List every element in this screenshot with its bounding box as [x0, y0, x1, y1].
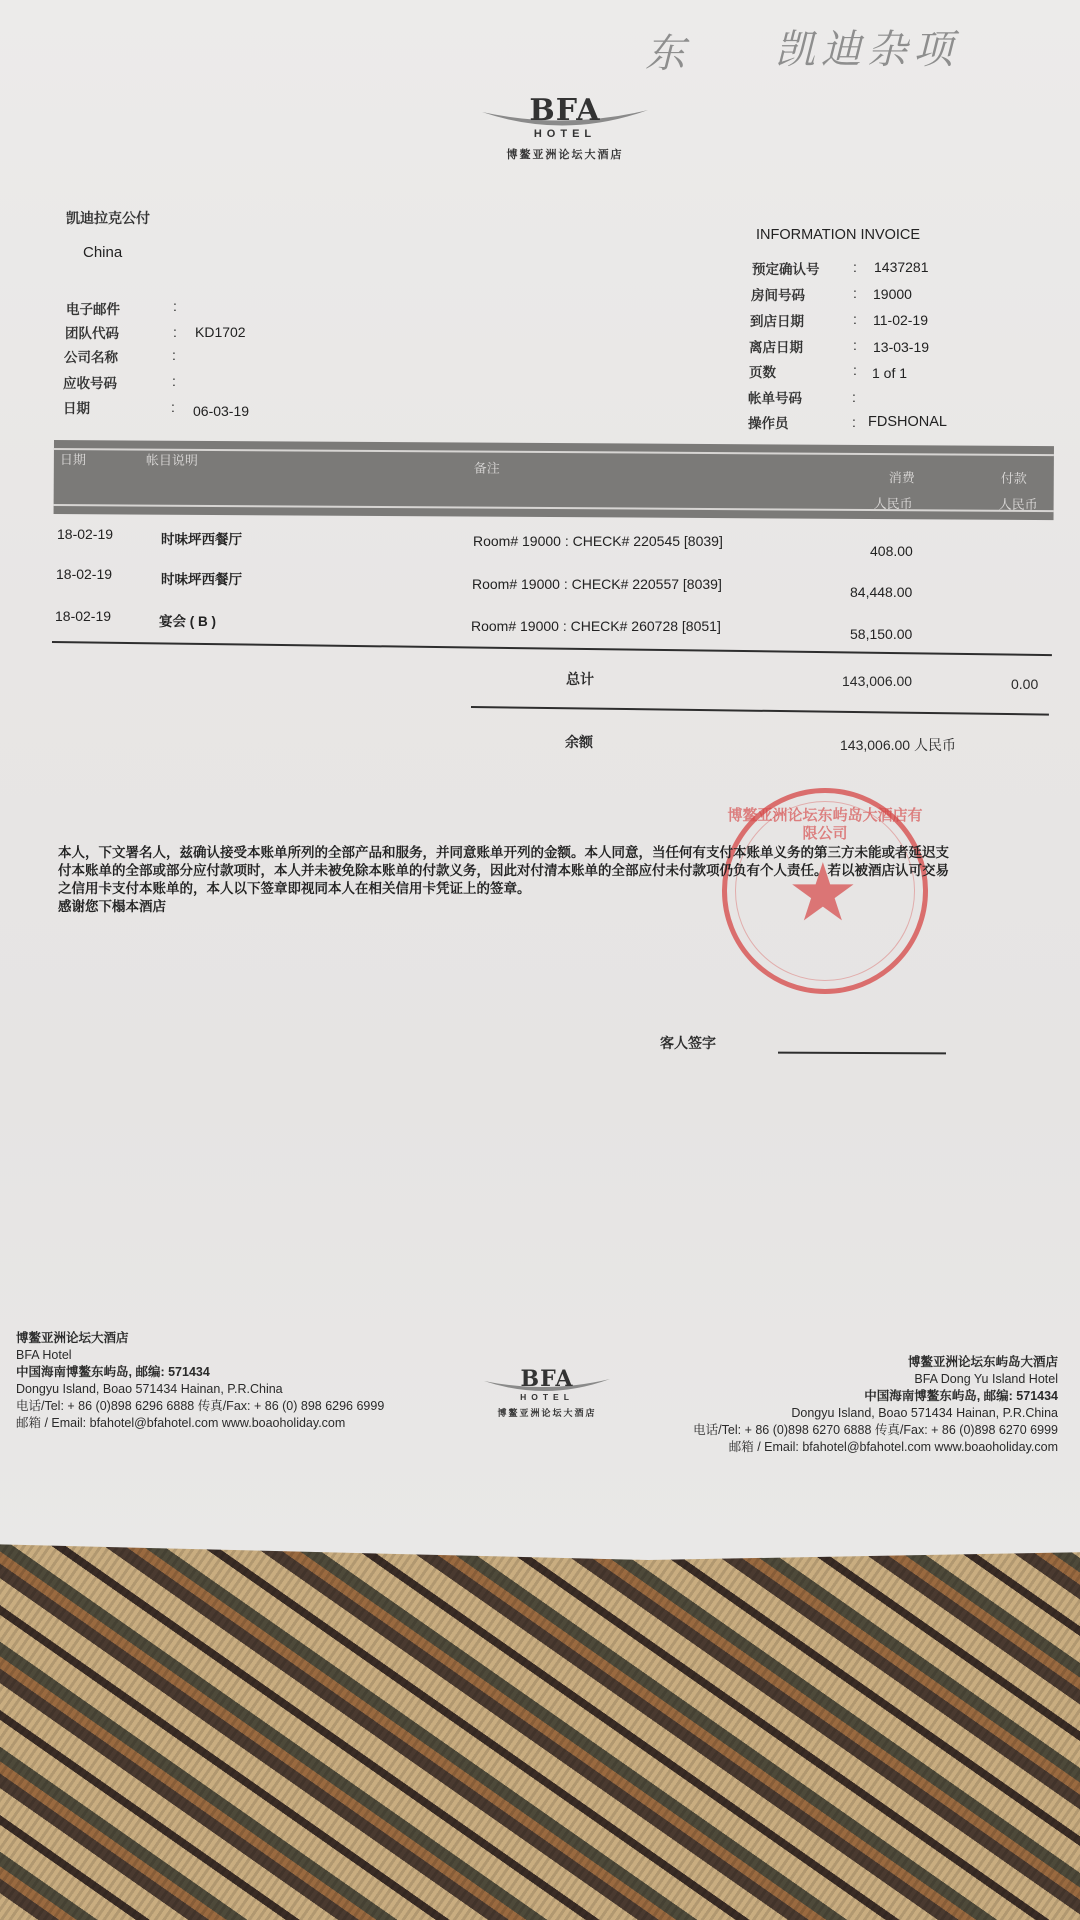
total-charges: 143,006.00 — [842, 673, 912, 689]
row-description: 宴会 ( B ) — [159, 610, 216, 630]
declaration-line: 之信用卡支付本账单的，本人以下签章即视同本人在相关信用卡凭证上的签章。 — [58, 880, 1018, 898]
footer-line: 博鳌亚洲论坛东屿岛大酒店 — [693, 1354, 1058, 1371]
footer-line: 邮箱 / Email: bfahotel@bfahotel.com www.bo… — [16, 1415, 384, 1432]
row-description: 时味坪西餐厅 — [161, 568, 242, 588]
info-label: 房间号码 — [751, 284, 805, 304]
signature-line[interactable] — [778, 1052, 946, 1054]
row-charges: 58,150.00 — [850, 626, 912, 642]
footer-line: BFA Dong Yu Island Hotel — [693, 1371, 1058, 1388]
total-label: 总计 — [566, 669, 594, 689]
balance-value: 143,006.00 人民币 — [840, 735, 956, 755]
colon: : — [852, 414, 856, 430]
colon: : — [171, 399, 175, 415]
invoice-paper: 东 凯迪杂项 BFA HOTEL 博鳌亚洲论坛大酒店 凯迪拉克公付 China … — [0, 0, 1080, 1560]
row-remarks: Room# 19000 : CHECK# 260728 [8051] — [471, 618, 721, 634]
info-label: 到店日期 — [750, 310, 804, 330]
info-label: 预定确认号 — [752, 258, 820, 278]
footer-line: 电话/Tel: + 86 (0)898 6296 6888 传真/Fax: + … — [16, 1398, 384, 1415]
footer-line: 博鳌亚洲论坛大酒店 — [16, 1330, 384, 1347]
footer-logo: BFA HOTEL 博鳌亚洲论坛大酒店 — [482, 1368, 612, 1419]
header-payments-currency: 人民币 — [999, 494, 1038, 513]
colon: : — [853, 337, 857, 353]
header-charges: 消费 — [889, 467, 915, 486]
header-charges-currency: 人民币 — [874, 493, 913, 512]
table-header: 日期 帐目说明 备注 消费 人民币 付款 人民币 — [54, 440, 1054, 520]
footer-line: BFA Hotel — [16, 1347, 384, 1364]
header-remarks: 备注 — [474, 458, 500, 477]
hotel-logo: BFA HOTEL 博鳌亚洲论坛大酒店 — [480, 96, 650, 162]
declaration-line: 付本账单的全部或部分应付款项时，本人并未被免除本账单的付款义务，因此对付清本账单… — [58, 862, 1018, 880]
thanks-line: 感谢您下榻本酒店 — [58, 898, 1018, 916]
row-description: 时味坪西餐厅 — [161, 528, 242, 548]
divider — [471, 706, 1049, 716]
guest-country: China — [83, 244, 122, 261]
row-remarks: Room# 19000 : CHECK# 220557 [8039] — [472, 576, 722, 592]
footer-right-address: 博鳌亚洲论坛东屿岛大酒店 BFA Dong Yu Island Hotel 中国… — [693, 1354, 1058, 1456]
operator: FDSHONAL — [868, 414, 947, 430]
handwritten-note: 凯迪杂项 — [775, 18, 959, 75]
invoice-title: INFORMATION INVOICE — [756, 227, 920, 243]
colon: : — [172, 347, 176, 363]
footer-line: 中国海南博鳌东屿岛, 邮编: 571434 — [16, 1364, 384, 1381]
info-label: 离店日期 — [749, 336, 803, 356]
declaration-text: 本人，下文署名人，兹确认接受本账单所列的全部产品和服务，并同意账单开列的金额。本… — [58, 844, 1018, 916]
balance-label: 余额 — [565, 732, 593, 752]
divider — [52, 641, 1052, 656]
footer-line: 邮箱 / Email: bfahotel@bfahotel.com www.bo… — [693, 1439, 1058, 1456]
field-label: 公司名称 — [64, 346, 118, 366]
field-group-code-value: KD1702 — [195, 324, 246, 340]
field-label: 应收号码 — [63, 372, 117, 392]
colon: : — [852, 389, 856, 405]
row-charges: 84,448.00 — [850, 584, 912, 600]
arrival-date: 11-02-19 — [873, 312, 928, 328]
balance-amount: 143,006.00 — [840, 737, 910, 753]
row-date: 18-02-19 — [57, 526, 113, 542]
guest-name: 凯迪拉克公付 — [66, 208, 150, 228]
colon: : — [853, 311, 857, 327]
logo-brand: BFA — [482, 1368, 612, 1390]
logo-brand: BFA — [480, 96, 650, 126]
logo-cn-name: 博鳌亚洲论坛大酒店 — [480, 146, 650, 162]
colon: : — [172, 373, 176, 389]
colon: : — [853, 362, 857, 378]
signature-label: 客人签字 — [660, 1033, 716, 1053]
confirmation-number: 1437281 — [874, 259, 929, 275]
total-payments: 0.00 — [1011, 676, 1038, 692]
colon: : — [853, 285, 857, 301]
handwritten-note: 东 — [645, 22, 691, 79]
colon: : — [173, 298, 177, 314]
header-description: 帐目说明 — [146, 450, 198, 469]
departure-date: 13-03-19 — [873, 339, 929, 355]
row-remarks: Room# 19000 : CHECK# 220545 [8039] — [473, 533, 723, 549]
footer-left-address: 博鳌亚洲论坛大酒店 BFA Hotel 中国海南博鳌东屿岛, 邮编: 57143… — [16, 1330, 384, 1432]
field-date-value: 06-03-19 — [193, 403, 249, 419]
info-label: 页数 — [749, 361, 776, 381]
header-payments: 付款 — [1001, 468, 1027, 487]
footer-line: Dongyu Island, Boao 571434 Hainan, P.R.C… — [693, 1405, 1058, 1422]
field-label: 日期 — [63, 397, 90, 417]
info-label: 操作员 — [748, 412, 789, 432]
page-count: 1 of 1 — [872, 365, 907, 381]
carpet-background — [0, 1530, 1080, 1920]
row-date: 18-02-19 — [56, 566, 112, 582]
field-label: 团队代码 — [65, 322, 119, 342]
room-number: 19000 — [873, 286, 912, 302]
header-date: 日期 — [60, 449, 86, 468]
footer-line: Dongyu Island, Boao 571434 Hainan, P.R.C… — [16, 1381, 384, 1398]
field-label: 电子邮件 — [66, 298, 120, 318]
footer-line: 中国海南博鳌东屿岛, 邮编: 571434 — [693, 1388, 1058, 1405]
footer-line: 电话/Tel: + 86 (0)898 6270 6888 传真/Fax: + … — [693, 1422, 1058, 1439]
colon: : — [173, 324, 177, 340]
logo-cn-name: 博鳌亚洲论坛大酒店 — [482, 1406, 612, 1419]
row-date: 18-02-19 — [55, 608, 111, 624]
info-label: 帐单号码 — [748, 387, 802, 407]
row-charges: 408.00 — [870, 543, 913, 559]
balance-currency: 人民币 — [914, 737, 956, 753]
declaration-line: 本人，下文署名人，兹确认接受本账单所列的全部产品和服务，并同意账单开列的金额。本… — [58, 844, 1018, 862]
colon: : — [853, 259, 857, 275]
